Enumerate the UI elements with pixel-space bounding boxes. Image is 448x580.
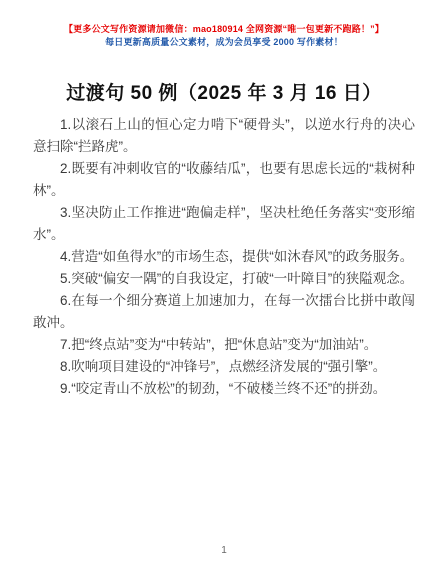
paragraph: 4.营造“如鱼得水”的市场生态，提供“如沐春风”的政务服务。 [33,246,415,268]
document-body: 1.以滚石上山的恒心定力啃下“硬骨头”，以逆水行舟的决心意扫除“拦路虎”。2.既… [33,114,415,400]
paragraph: 8.吹响项目建设的“冲锋号”，点燃经济发展的“强引擎”。 [33,356,415,378]
promo-line-blue: 每日更新高质量公文素材，成为会员享受 2000 写作素材！ [0,36,448,48]
paragraph: 3.坚决防止工作推进“跑偏走样”，坚决杜绝任务落实“变形缩水”。 [33,202,415,246]
document-page: 【更多公文写作资源请加微信：mao180914 全网资源“唯一包更新不跑路！”】… [0,0,448,580]
paragraph: 6.在每一个细分赛道上加速加力，在每一次擂台比拼中敢闯敢冲。 [33,290,415,334]
paragraph: 5.突破“偏安一隅”的自我设定，打破“一叶障目”的狭隘观念。 [33,268,415,290]
page-number: 1 [0,545,448,556]
promo-line-red: 【更多公文写作资源请加微信：mao180914 全网资源“唯一包更新不跑路！”】 [0,23,448,35]
promo-banner: 【更多公文写作资源请加微信：mao180914 全网资源“唯一包更新不跑路！”】… [0,0,448,48]
paragraph: 2.既要有冲刺收官的“收藤结瓜”，也要有思虑长远的“栽树种林”。 [33,158,415,202]
paragraph: 1.以滚石上山的恒心定力啃下“硬骨头”，以逆水行舟的决心意扫除“拦路虎”。 [33,114,415,158]
paragraph: 7.把“终点站”变为“中转站”，把“休息站”变为“加油站”。 [33,334,415,356]
page-title: 过渡句 50 例（2025 年 3 月 16 日） [30,82,418,106]
paragraph: 9.“咬定青山不放松”的韧劲，“不破楼兰终不还”的拼劲。 [33,378,415,400]
